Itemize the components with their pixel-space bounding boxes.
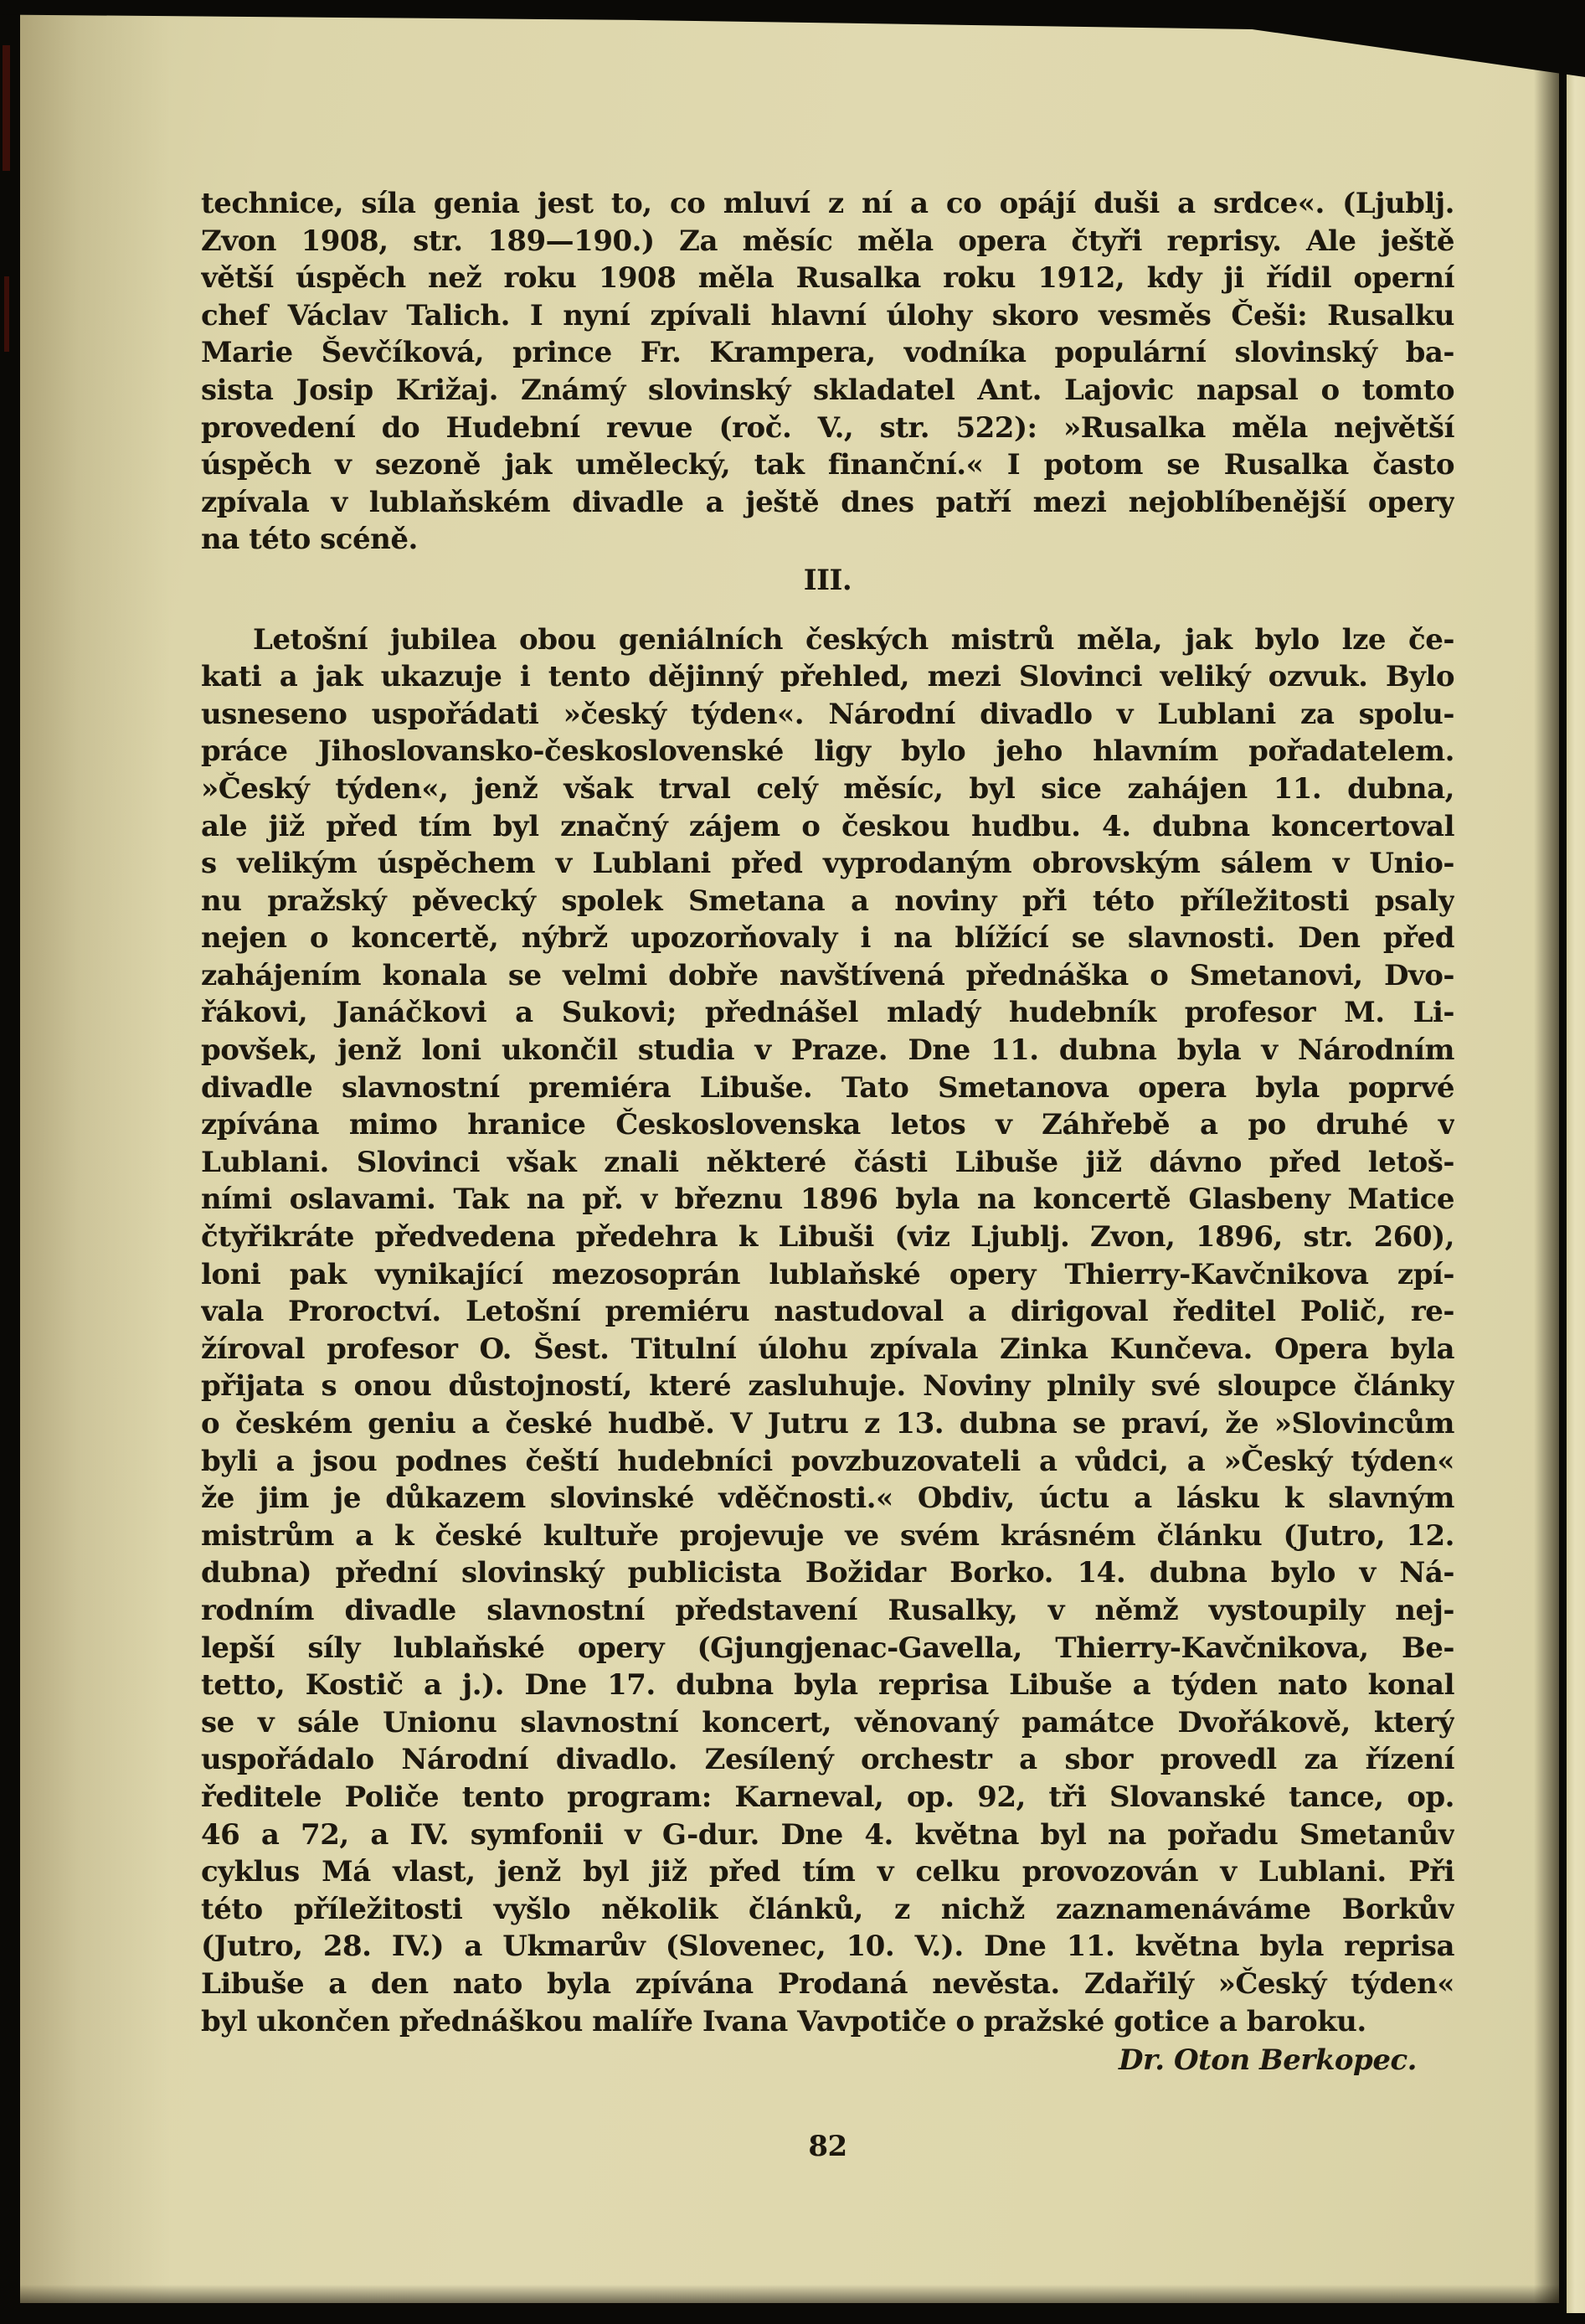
- text-line: (Jutro, 28. IV.) a Ukmarův (Slovenec, 10…: [201, 1928, 1454, 1966]
- text-line: přijata s onou důstojností, které zasluh…: [201, 1368, 1454, 1405]
- author-signature: Dr. Oton Berkopec.: [201, 2042, 1454, 2079]
- text-line: větší úspěch než roku 1908 měla Rusalka …: [201, 260, 1454, 297]
- text-line: »Český týden«, jenž však trval celý měsí…: [201, 770, 1454, 808]
- text-line: byli a jsou podnes čeští hudebníci povzb…: [201, 1443, 1454, 1481]
- text-line: této příležitosti vyšlo několik článků, …: [201, 1891, 1454, 1929]
- text-line: mistrům a k české kultuře projevuje ve s…: [201, 1518, 1454, 1555]
- paper-sheet: technice, síla genia jest to, co mluví z…: [20, 8, 1559, 2303]
- text-line: čtyřikráte předvedena předehra k Libuši …: [201, 1219, 1454, 1256]
- text-line: zahájením konala se velmi dobře navštíve…: [201, 957, 1454, 995]
- text-line: Marie Ševčíková, prince Fr. Krampera, vo…: [201, 334, 1454, 372]
- paragraph-2: Letošní jubilea obou geniálních českých …: [201, 621, 1454, 2041]
- scan-artifact-streak: [4, 276, 9, 352]
- text-line: loni pak vynikající mezosoprán lublaňské…: [201, 1256, 1454, 1294]
- text-line: sista Josip Križaj. Známý slovinský skla…: [201, 372, 1454, 410]
- text-line: ale již před tím byl značný zájem o česk…: [201, 808, 1454, 846]
- text-line: kati a jak ukazuje i tento dějinný přehl…: [201, 658, 1454, 696]
- text-line: o českém geniu a české hudbě. V Jutru z …: [201, 1405, 1454, 1443]
- text-line: uspořádalo Národní divadlo. Zesílený orc…: [201, 1741, 1454, 1779]
- text-line: Zvon 1908, str. 189—190.) Za měsíc měla …: [201, 223, 1454, 260]
- text-line: povšek, jenž loni ukončil studia v Praze…: [201, 1032, 1454, 1069]
- text-line: zpívala v lublaňském divadle a ještě dne…: [201, 484, 1454, 522]
- text-line: provedení do Hudební revue (roč. V., str…: [201, 410, 1454, 447]
- text-line: na této scéně.: [201, 521, 1454, 559]
- text-line: byl ukončen přednáškou malíře Ivana Vavp…: [201, 2003, 1454, 2041]
- text-line: žíroval profesor O. Šest. Titulní úlohu …: [201, 1331, 1454, 1368]
- text-line: tetto, Kostič a j.). Dne 17. dubna byla …: [201, 1667, 1454, 1704]
- text-line: se v sále Unionu slavnostní koncert, věn…: [201, 1704, 1454, 1742]
- text-line: nu pražský pěvecký spolek Smetana a novi…: [201, 883, 1454, 920]
- scanned-book-page: technice, síla genia jest to, co mluví z…: [0, 0, 1585, 2324]
- text-line: usneseno uspořádati »český týden«. Národ…: [201, 696, 1454, 734]
- page-text: technice, síla genia jest to, co mluví z…: [201, 185, 1454, 2165]
- text-line: ředitele Poliče tento program: Karneval,…: [201, 1779, 1454, 1816]
- text-line: rodním divadle slavnostní představení Ru…: [201, 1592, 1454, 1630]
- paragraph-continuation: technice, síla genia jest to, co mluví z…: [201, 185, 1454, 559]
- text-line: že jim je důkazem slovinské vděčnosti.« …: [201, 1480, 1454, 1518]
- text-line: práce Jihoslovansko-československé ligy …: [201, 733, 1454, 770]
- text-line: lepší síly lublaňské opery (Gjungjenac-G…: [201, 1630, 1454, 1667]
- adjacent-page-edge: [1567, 23, 1585, 2313]
- section-heading: III.: [201, 562, 1454, 600]
- text-line: dubna) přední slovinský publicista Božid…: [201, 1554, 1454, 1592]
- scan-artifact-streak: [3, 45, 10, 171]
- text-line: 46 a 72, a IV. symfonii v G-dur. Dne 4. …: [201, 1816, 1454, 1854]
- text-line: řákovi, Janáčkovi a Sukovi; přednášel ml…: [201, 994, 1454, 1032]
- text-line: nejen o koncertě, nýbrž upozorňovaly i n…: [201, 920, 1454, 957]
- text-line: Lublani. Slovinci však znali některé čás…: [201, 1144, 1454, 1182]
- text-line: technice, síla genia jest to, co mluví z…: [201, 185, 1454, 223]
- page-number: 82: [201, 2128, 1454, 2166]
- text-line: úspěch v sezoně jak umělecký, tak finanč…: [201, 446, 1454, 484]
- text-line: s velikým úspěchem v Lublani před vyprod…: [201, 845, 1454, 883]
- page-bottom-shadow: [20, 2285, 1559, 2303]
- text-line: chef Václav Talich. I nyní zpívali hlavn…: [201, 297, 1454, 335]
- text-line: divadle slavnostní premiéra Libuše. Tato…: [201, 1069, 1454, 1107]
- text-line: Libuše a den nato byla zpívána Prodaná n…: [201, 1966, 1454, 2003]
- text-line: ními oslavami. Tak na př. v březnu 1896 …: [201, 1181, 1454, 1219]
- text-line: cyklus Má vlast, jenž byl již před tím v…: [201, 1853, 1454, 1891]
- text-line: vala Proroctví. Letošní premiéru nastudo…: [201, 1293, 1454, 1331]
- text-line: Letošní jubilea obou geniálních českých …: [201, 621, 1454, 659]
- text-line: zpívána mimo hranice Československa leto…: [201, 1106, 1454, 1144]
